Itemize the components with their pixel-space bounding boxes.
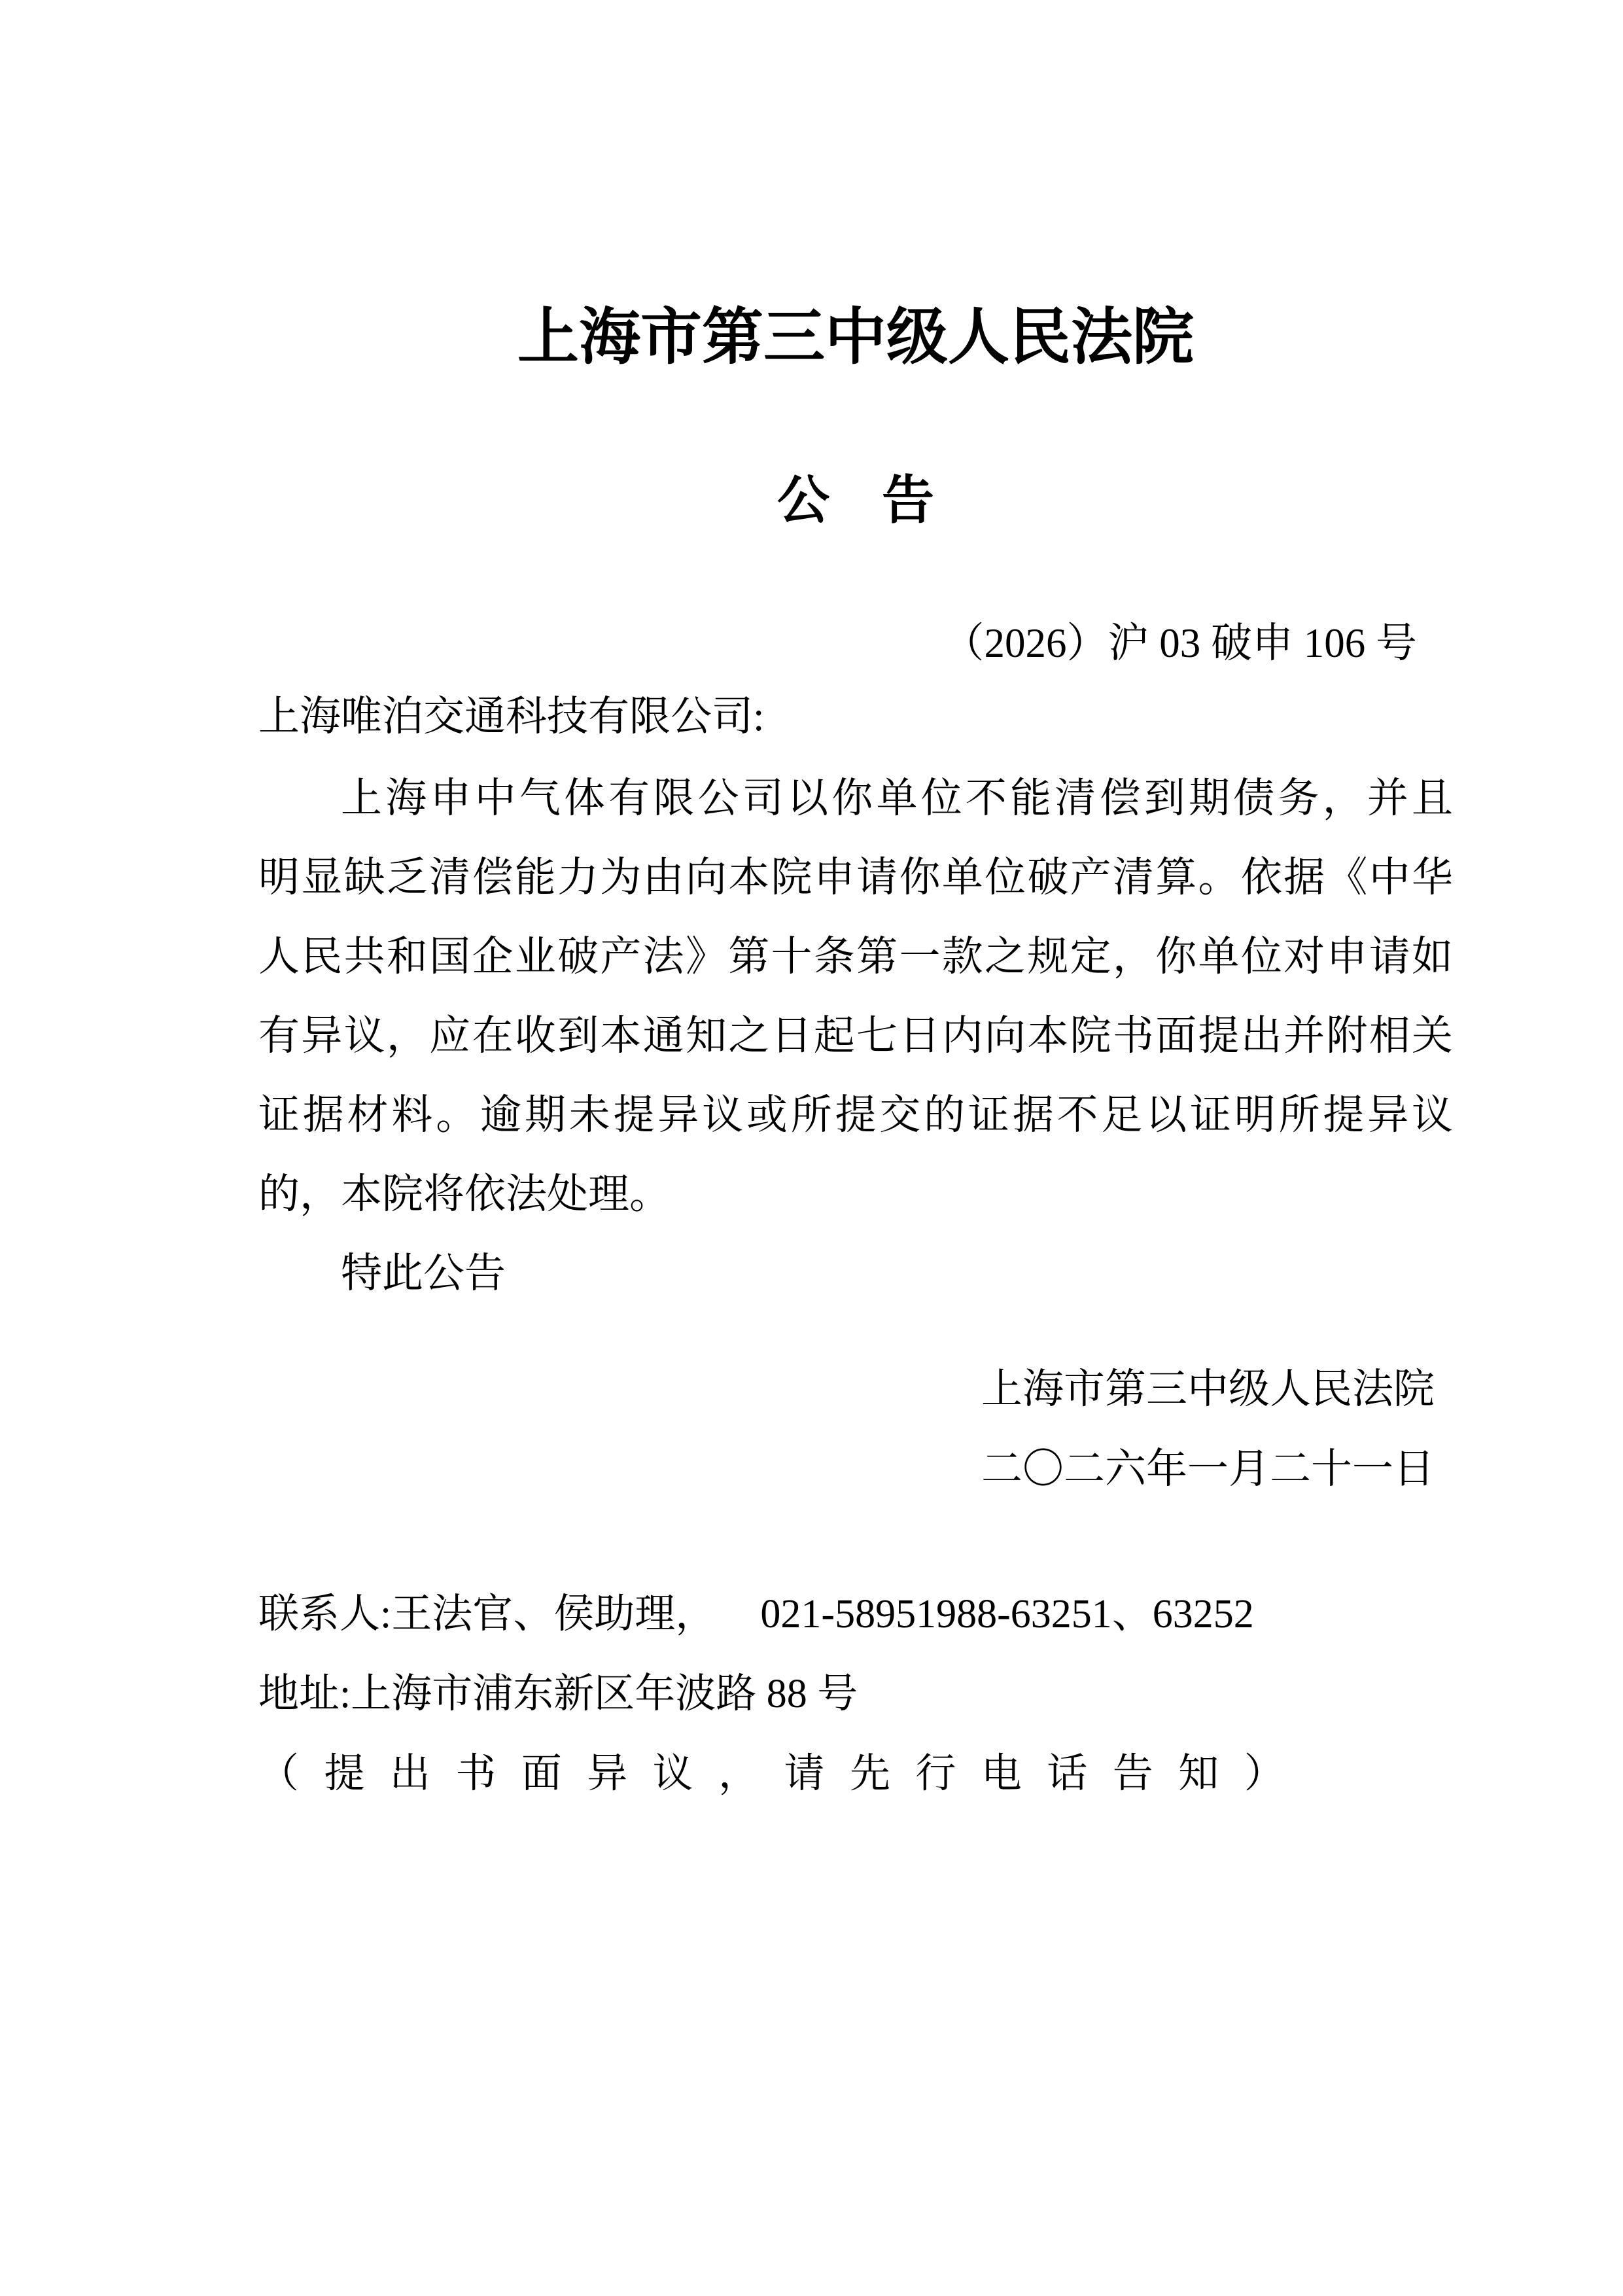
phone-number: 021-58951988-63251、63252 (760, 1592, 1253, 1636)
footer-block: 联系人:王法官、侯助理，021-58951988-63251、63252 地址:… (258, 1574, 1453, 1814)
signature-block: 上海市第三中级人民法院 二〇二六年一月二十一日 (258, 1349, 1453, 1509)
note-line: （提出书面异议，请先行电话告知） (258, 1734, 1453, 1814)
contact-line: 联系人:王法官、侯助理，021-58951988-63251、63252 (258, 1574, 1453, 1654)
body-line: 有异议，应在收到本通知之日起七日内向本院书面提出并附相关 (258, 997, 1453, 1076)
body-paragraph: 上海申中气体有限公司以你单位不能清偿到期债务，并且 明显缺乏清偿能力为由向本院申… (258, 759, 1453, 1234)
body-line: 上海申中气体有限公司以你单位不能清偿到期债务，并且 (258, 759, 1453, 838)
body-line: 人民共和国企业破产法》第十条第一款之规定，你单位对申请如 (258, 917, 1453, 997)
closing-text: 特此公告 (258, 1234, 1453, 1313)
body-line: 明显缺乏清偿能力为由向本院申请你单位破产清算。依据《中华 (258, 838, 1453, 917)
contact-names: 联系人:王法官、侯助理， (258, 1592, 716, 1636)
body-line: 证据材料。逾期未提异议或所提交的证据不足以证明所提异议 (258, 1076, 1453, 1155)
signature-court: 上海市第三中级人民法院 (258, 1349, 1435, 1429)
body-line: 的，本院将依法处理。 (258, 1155, 1453, 1234)
document-page: 上海市第三中级人民法院 公 告 （2026）沪 03 破申 106 号 上海唯泊… (0, 0, 1623, 2296)
addressee-line: 上海唯泊交通科技有限公司: (258, 694, 1453, 739)
court-title: 上海市第三中级人民法院 (258, 301, 1453, 374)
address-line: 地址:上海市浦东新区年波路 88 号 (258, 1654, 1453, 1734)
signature-date: 二〇二六年一月二十一日 (258, 1429, 1435, 1509)
notice-title: 公 告 (258, 470, 1453, 533)
case-number: （2026）沪 03 破申 106 号 (258, 622, 1453, 665)
